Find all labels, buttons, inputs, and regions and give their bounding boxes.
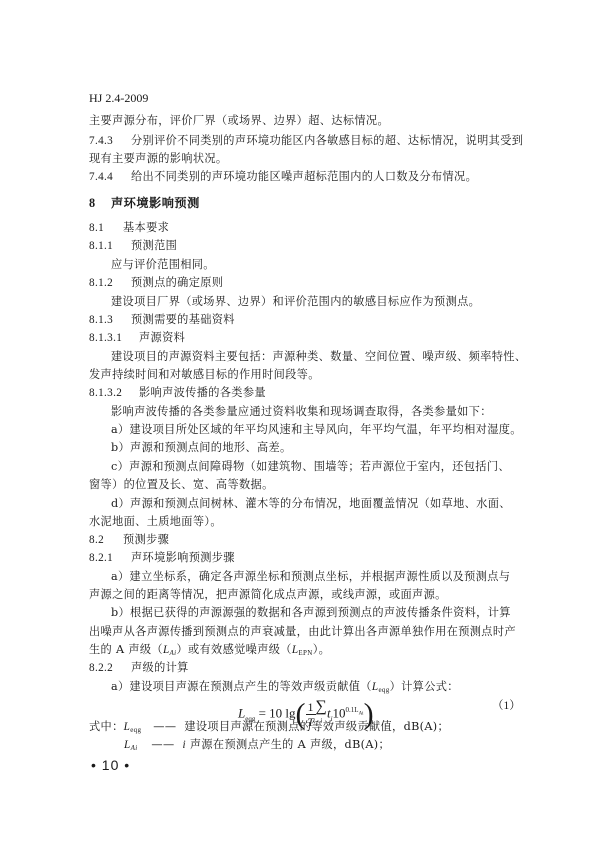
section-title: 预测范围 xyxy=(131,239,177,252)
step-a-cont: 声源之间的距离等情况，把声源简化成点声源，或线声源，或面声源。 xyxy=(89,587,447,603)
section-title: 声环境影响预测步骤 xyxy=(131,551,235,564)
formula-exp: 0.1L xyxy=(346,706,359,714)
section-number: 8.2.1 xyxy=(89,550,131,566)
step-b-cont: 出噪声从各声源传播到预测点的声衰减量，由此计算出各声源单独作用在预测点时产 xyxy=(89,624,516,640)
page-number: • 10 • xyxy=(91,757,130,773)
paragraph-text: 主要声源分布，评价厂界（或场界、边界）超、达标情况。 xyxy=(89,113,389,129)
symbol-L: L xyxy=(124,739,131,751)
step-a: a）建立坐标系，确定各声源坐标和预测点坐标，并根据声源性质以及预测点与 xyxy=(111,569,510,585)
section-8-2: 8.2预测步骤 xyxy=(89,532,169,548)
dash: —— xyxy=(153,720,176,733)
sigma: ∑ xyxy=(316,698,327,715)
document-page: HJ 2.4-2009 主要声源分布，评价厂界（或场界、边界）超、达标情况。 7… xyxy=(0,0,600,847)
symbol-subscript: EPN xyxy=(298,649,312,657)
section-number: 8.1.3.1 xyxy=(89,330,139,346)
paragraph-text: 现有主要声源的影响状况。 xyxy=(89,151,227,167)
section-title: 影响声波传播的各类参量 xyxy=(139,386,266,399)
section-number: 7.4.4 xyxy=(89,169,131,185)
symbol-subscript: eqg xyxy=(378,686,389,694)
section-8-1-3-1: 8.1.3.1声源资料 xyxy=(89,330,185,346)
section-number: 8.1.3.2 xyxy=(89,385,139,401)
paragraph-text: 建设项目厂界（或场界、边界）和评价范围内的敏感目标应作为预测点。 xyxy=(111,294,480,310)
symbol-L: L xyxy=(163,644,170,656)
chapter-number: 8 xyxy=(89,195,111,211)
step-b: b）根据已获得的声源源强的数据和各声源到预测点的声波传播条件资料，计算 xyxy=(111,605,511,621)
section-title: 声源资料 xyxy=(139,331,185,344)
where-line-1: 式中：Leqg ——建设项目声源在预测点的等效声级贡献值，dB(A)； xyxy=(89,719,449,738)
section-8-1-2: 8.1.2预测点的确定原则 xyxy=(89,275,223,291)
section-number: 8.2.2 xyxy=(89,660,131,676)
section-number: 7.4.3 xyxy=(89,133,131,149)
chapter-title: 声环境影响预测 xyxy=(111,196,200,210)
fraction-numerator: 1 xyxy=(306,700,316,715)
dash: —— xyxy=(151,738,174,751)
list-item-b: b）声源和预测点间的地形、高差。 xyxy=(111,440,292,456)
section-title: 基本要求 xyxy=(123,221,169,234)
section-8-2-1: 8.2.1声环境影响预测步骤 xyxy=(89,550,235,566)
section-8-1-3: 8.1.3预测需要的基础资料 xyxy=(89,312,235,328)
section-title: 预测点的确定原则 xyxy=(131,276,223,289)
symbol-subscript: Ai xyxy=(131,744,138,752)
where-label: 式中： xyxy=(89,720,124,733)
paragraph-text: 应与评价范围相同。 xyxy=(111,257,215,273)
section-8-1-3-2: 8.1.3.2影响声波传播的各类参量 xyxy=(89,385,266,401)
step-b-cont2: 生的 A 声级（LAi）或有效感觉噪声级（LEPN）。 xyxy=(89,642,330,661)
list-item-c-cont: 窗等）的位置及长、宽、高等数据。 xyxy=(89,477,274,493)
section-title: 声级的计算 xyxy=(131,661,189,674)
chapter-8-heading: 8声环境影响预测 xyxy=(89,195,200,211)
section-title: 预测步骤 xyxy=(123,533,169,546)
symbol-subscript: eqg xyxy=(130,726,141,734)
section-number: 8.1 xyxy=(89,220,123,236)
where-line-2: LAi ——i 声源在预测点产生的 A 声级，dB(A)； xyxy=(124,737,390,756)
standard-code-header: HJ 2.4-2009 xyxy=(89,90,148,106)
list-item-a: a）建设项目所处区域的年平均风速和主导风向，年平均气温，年平均相对湿度。 xyxy=(111,422,522,438)
definition-text: 建设项目声源在预测点的等效声级贡献值，dB(A)； xyxy=(184,720,449,733)
section-8-1-1: 8.1.1预测范围 xyxy=(89,238,177,254)
section-number: 8.1.2 xyxy=(89,275,131,291)
paragraph-text: 影响声波传播的各类参量应通过资料收集和现场调查取得，各类参量如下： xyxy=(111,404,492,420)
section-number: 8.1.3 xyxy=(89,312,131,328)
section-text: 给出不同类别的声环境功能区噪声超标范围内的人口数及分布情况。 xyxy=(131,170,477,183)
section-title: 预测需要的基础资料 xyxy=(131,313,235,326)
section-number: 8.1.1 xyxy=(89,238,131,254)
text: ）或有效感觉噪声级（ xyxy=(176,643,291,656)
section-text: 分别评价不同类别的声环境功能区内各敏感目标的超、达标情况，说明其受到 xyxy=(131,134,523,147)
text: ）。 xyxy=(313,643,330,656)
list-item-c: c）声源和预测点间障碍物（如建筑物、围墙等；若声源位于室内，还包括门、 xyxy=(111,459,510,475)
section-number: 8.2 xyxy=(89,532,123,548)
text: 生的 A 声级（ xyxy=(89,643,163,656)
list-item-d: d）声源和预测点间树林、灌木等的分布情况，地面覆盖情况（如草地、水面、 xyxy=(111,496,511,512)
paragraph-text: 建设项目的声源资料主要包括：声源种类、数量、空间位置、噪声级、频率特性、 xyxy=(111,349,526,365)
section-8-2-2: 8.2.2声级的计算 xyxy=(89,660,189,676)
equation-number: （1） xyxy=(492,697,521,713)
definition-text: 声源在预测点产生的 A 声级，dB(A)； xyxy=(186,738,390,751)
list-item-d-cont: 水泥地面、土质地面等）。 xyxy=(89,514,222,530)
section-7-4-4: 7.4.4给出不同类别的声环境功能区噪声超标范围内的人口数及分布情况。 xyxy=(89,169,477,185)
text: ）计算公式： xyxy=(390,680,459,693)
section-8-1: 8.1基本要求 xyxy=(89,220,169,236)
section-7-4-3: 7.4.3分别评价不同类别的声环境功能区内各敏感目标的超、达标情况，说明其受到 xyxy=(89,133,523,149)
paragraph-text: 发声持续时间和对敏感目标的作用时间段等。 xyxy=(89,367,320,383)
